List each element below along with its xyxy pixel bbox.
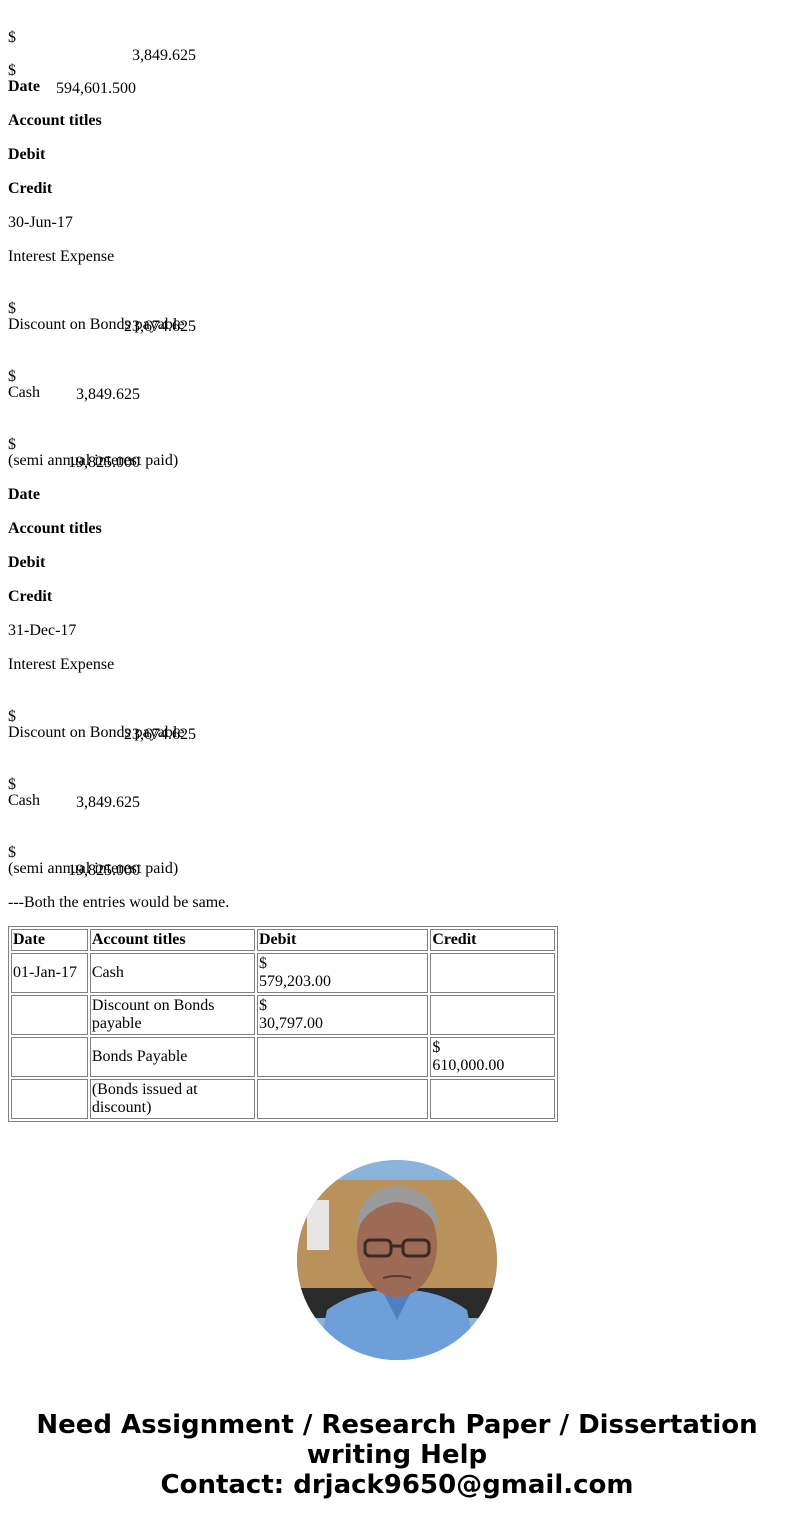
amount-line: $ 19,825.000 [8,816,786,850]
amount-value: 3,849.625 [76,794,140,812]
currency-symbol: $ [8,368,16,386]
amount-line: $ 594,601.500 [8,34,786,68]
cell-debit: $579,203.00 [257,953,428,993]
entry-date: 31-Dec-17 [8,612,786,646]
currency-symbol: $ [8,300,16,318]
banner-headline: Need Assignment / Research Paper / Disse… [8,1410,786,1470]
table-row: Bonds Payable $610,000.00 [11,1037,555,1077]
column-header: Debit [257,929,428,951]
table-header-row: Date Account titles Debit Credit [11,929,555,951]
column-header: Account titles [90,929,255,951]
banner-contact: Contact: drjack9650@gmail.com [8,1470,786,1500]
contact-banner: Need Assignment / Research Paper / Disse… [8,1410,786,1500]
amount-value: 19,825.000 [68,454,140,472]
column-header: Credit [430,929,555,951]
account-title: Interest Expense [8,238,786,272]
amount-value: 594,601.500 [56,80,136,98]
cell-date [11,995,88,1035]
cell-account: (Bonds issued at discount) [90,1079,255,1119]
currency-symbol: $ [8,776,16,794]
cell-account: Discount on Bonds payable [90,995,255,1035]
amount-value: 23,674.625 [124,726,196,744]
person-photo-icon [297,1160,497,1360]
cell-date [11,1037,88,1077]
entry-date: 30-Jun-17 [8,204,786,238]
amount-line: $ 23,674.625 [8,680,786,714]
amount-value: 19,825.000 [68,862,140,880]
document: $ 3,849.625 $ 594,601.500 Date Account t… [8,0,786,1500]
amount-line: $ 3,849.625 [8,748,786,782]
cell-date: 01-Jan-17 [11,953,88,993]
table-row: (Bonds issued at discount) [11,1079,555,1119]
currency-symbol: $ [8,708,16,726]
header-account-titles: Account titles [8,102,786,136]
amount-value: 3,849.625 [76,386,140,404]
header-credit: Credit [8,578,786,612]
cell-account: Cash [90,953,255,993]
cell-credit [430,953,555,993]
amount-line: $ 19,825.000 [8,408,786,442]
avatar-container [8,1160,786,1360]
cell-debit [257,1079,428,1119]
note: ---Both the entries would be same. [8,884,786,918]
currency-symbol: $ [8,62,16,80]
cell-debit: $30,797.00 [257,995,428,1035]
table-row: 01-Jan-17 Cash $579,203.00 [11,953,555,993]
amount-line: $ 23,674.625 [8,272,786,306]
cell-date [11,1079,88,1119]
table-row: Discount on Bonds payable $30,797.00 [11,995,555,1035]
currency-symbol: $ [8,436,16,454]
header-account-titles: Account titles [8,510,786,544]
amount-line: $ 3,849.625 [8,340,786,374]
journal-table: Date Account titles Debit Credit 01-Jan-… [8,926,558,1122]
header-date: Date [8,476,786,510]
cell-account: Bonds Payable [90,1037,255,1077]
header-debit: Debit [8,136,786,170]
amount-line: $ 3,849.625 [8,0,786,34]
header-debit: Debit [8,544,786,578]
column-header: Date [11,929,88,951]
header-credit: Credit [8,170,786,204]
account-title: Interest Expense [8,646,786,680]
avatar [297,1160,497,1360]
currency-symbol: $ [8,844,16,862]
cell-credit: $610,000.00 [430,1037,555,1077]
amount-value: 23,674.625 [124,318,196,336]
cell-credit [430,995,555,1035]
cell-credit [430,1079,555,1119]
cell-debit [257,1037,428,1077]
